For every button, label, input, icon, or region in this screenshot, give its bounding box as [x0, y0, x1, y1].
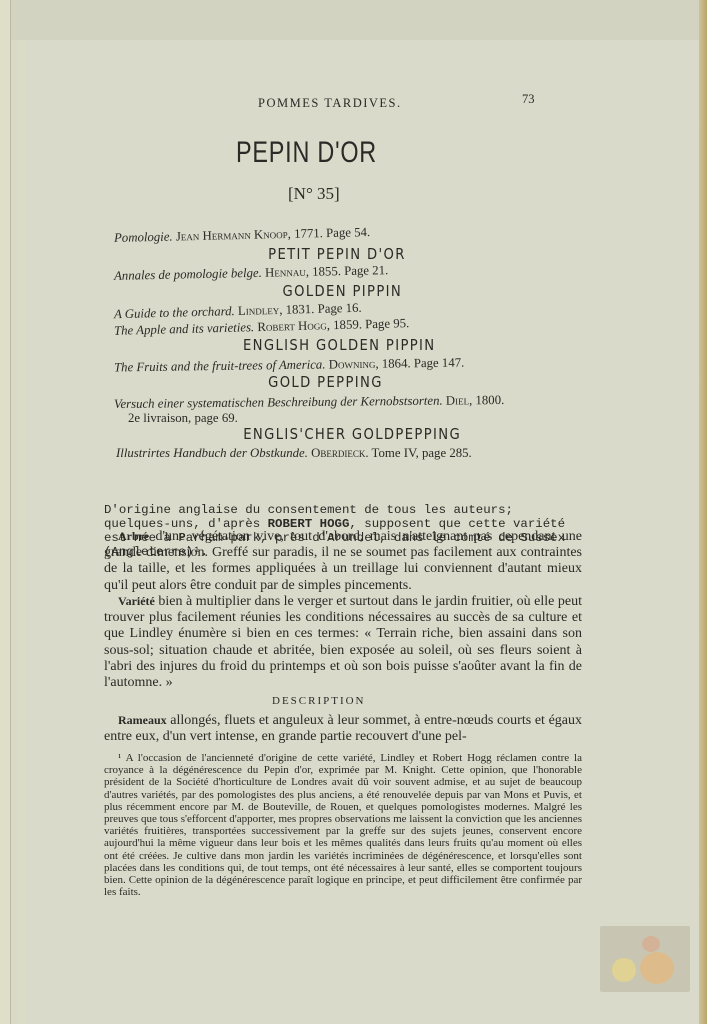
- photo-fruit-orange: [640, 952, 674, 984]
- description-paragraph: Rameaux allongés, fluets et anguleux à l…: [104, 712, 582, 745]
- synonym-ref-6: Versuch einer systematischen Beschreibun…: [114, 393, 504, 412]
- synonym-ref-6-line2: 2e livraison, page 69.: [128, 411, 238, 426]
- running-head: POMMES TARDIVES.: [258, 96, 402, 111]
- synonym-name: PETIT PEPIN D'OR: [268, 245, 406, 263]
- synonym-ref-1: Pomologie. Jean Hermann Knoop, 1771. Pag…: [114, 225, 370, 246]
- book-cover-edge: [699, 0, 707, 1024]
- synonym-ref-7: Illustrirtes Handbuch der Obstkunde. Obe…: [116, 446, 472, 461]
- synonym-name: ENGLISH GOLDEN PIPPIN: [243, 336, 436, 354]
- synonym-name: GOLD PEPPING: [268, 373, 383, 391]
- synonym-name: ENGLIS'CHER GOLDPEPPING: [243, 425, 461, 443]
- synonym-ref-2: Annales de pomologie belge. Hennau, 1855…: [114, 263, 389, 284]
- variety-title: PEPIN D'OR: [236, 136, 377, 170]
- variety-number: [N° 35]: [288, 184, 340, 204]
- book-page: POMMES TARDIVES. 73 PEPIN D'OR [N° 35] P…: [26, 40, 699, 1024]
- top-shadow: [0, 0, 707, 40]
- description-heading: DESCRIPTION: [272, 695, 366, 707]
- book-binding-edge: [0, 0, 11, 1024]
- synonym-name: GOLDEN PIPPIN: [283, 282, 403, 300]
- page-number: 73: [522, 92, 535, 107]
- footnote: ¹ A l'occasion de l'ancienneté d'origine…: [104, 752, 582, 898]
- photo-fruit-yellow: [612, 958, 636, 982]
- variety-paragraph: Variété bien à multiplier dans le verger…: [104, 593, 582, 691]
- faded-fruit-photo: [600, 926, 690, 992]
- photo-figure: [642, 936, 660, 952]
- tree-paragraph: Arbre d'une végétation vive, tout d'abor…: [104, 528, 582, 594]
